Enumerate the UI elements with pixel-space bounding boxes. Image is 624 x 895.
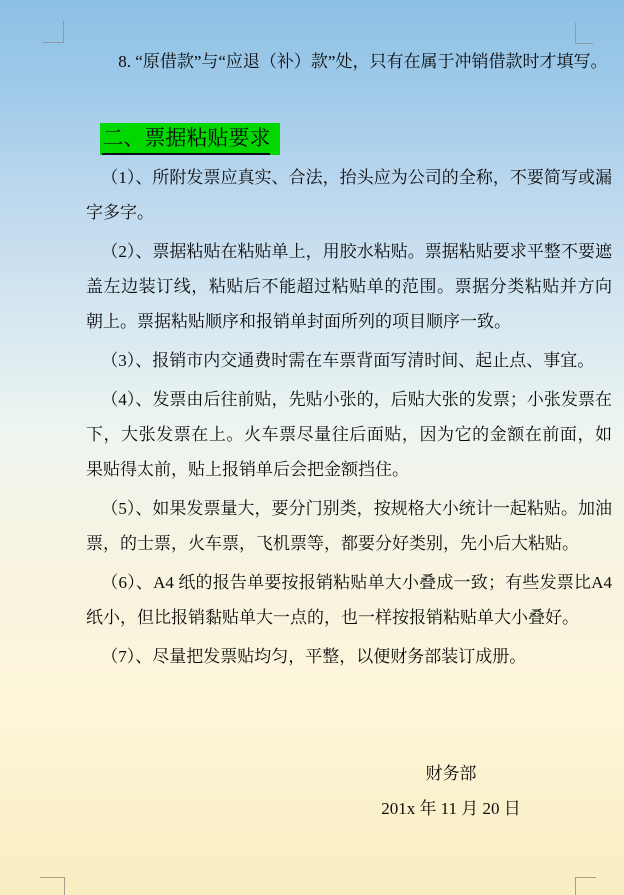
- signature-date: 201x 年 11 月 20 日: [351, 791, 551, 826]
- document-body: 8. “原借款”与“应退（补）款”处，只有在属于冲销借款时才填写。 二、票据粘贴…: [86, 0, 612, 826]
- margin-mark-bottom-left: [40, 877, 65, 895]
- section-heading-highlight: 二、票据粘贴要求: [100, 123, 280, 155]
- intro-paragraph: 8. “原借款”与“应退（补）款”处，只有在属于冲销借款时才填写。: [86, 44, 612, 79]
- margin-mark-bottom-right: [575, 877, 596, 895]
- signature-department: 财务部: [351, 756, 551, 791]
- margin-mark-top-left: [43, 21, 64, 43]
- paragraph-item-1: （1）、所附发票应真实、合法，抬头应为公司的全称，不要简写或漏字多字。: [86, 160, 612, 230]
- signature-block: 财务部 201x 年 11 月 20 日: [351, 756, 551, 826]
- section-heading-line: 二、票据粘贴要求: [86, 122, 612, 153]
- paragraph-item-4: （4）、发票由后往前贴，先贴小张的，后贴大张的发票；小张发票在下，大张发票在上。…: [86, 382, 612, 487]
- section-heading-text: 二、票据粘贴要求: [102, 126, 270, 155]
- document-page: 8. “原借款”与“应退（补）款”处，只有在属于冲销借款时才填写。 二、票据粘贴…: [0, 0, 624, 895]
- paragraph-item-2: （2）、票据粘贴在粘贴单上，用胶水粘贴。票据粘贴要求平整不要遮盖左边装订线，粘贴…: [86, 234, 612, 339]
- paragraph-item-6: （6）、A4 纸的报告单要按报销粘贴单大小叠成一致；有些发票比A4 纸小，但比报…: [86, 565, 612, 635]
- paragraph-item-5: （5）、如果发票量大，要分门别类，按规格大小统计一起粘贴。加油票，的士票，火车票…: [86, 491, 612, 561]
- paragraph-item-3: （3）、报销市内交通费时需在车票背面写清时间、起止点、事宜。: [86, 343, 612, 378]
- paragraph-item-7: （7）、尽量把发票贴均匀，平整，以便财务部装订成册。: [86, 639, 612, 674]
